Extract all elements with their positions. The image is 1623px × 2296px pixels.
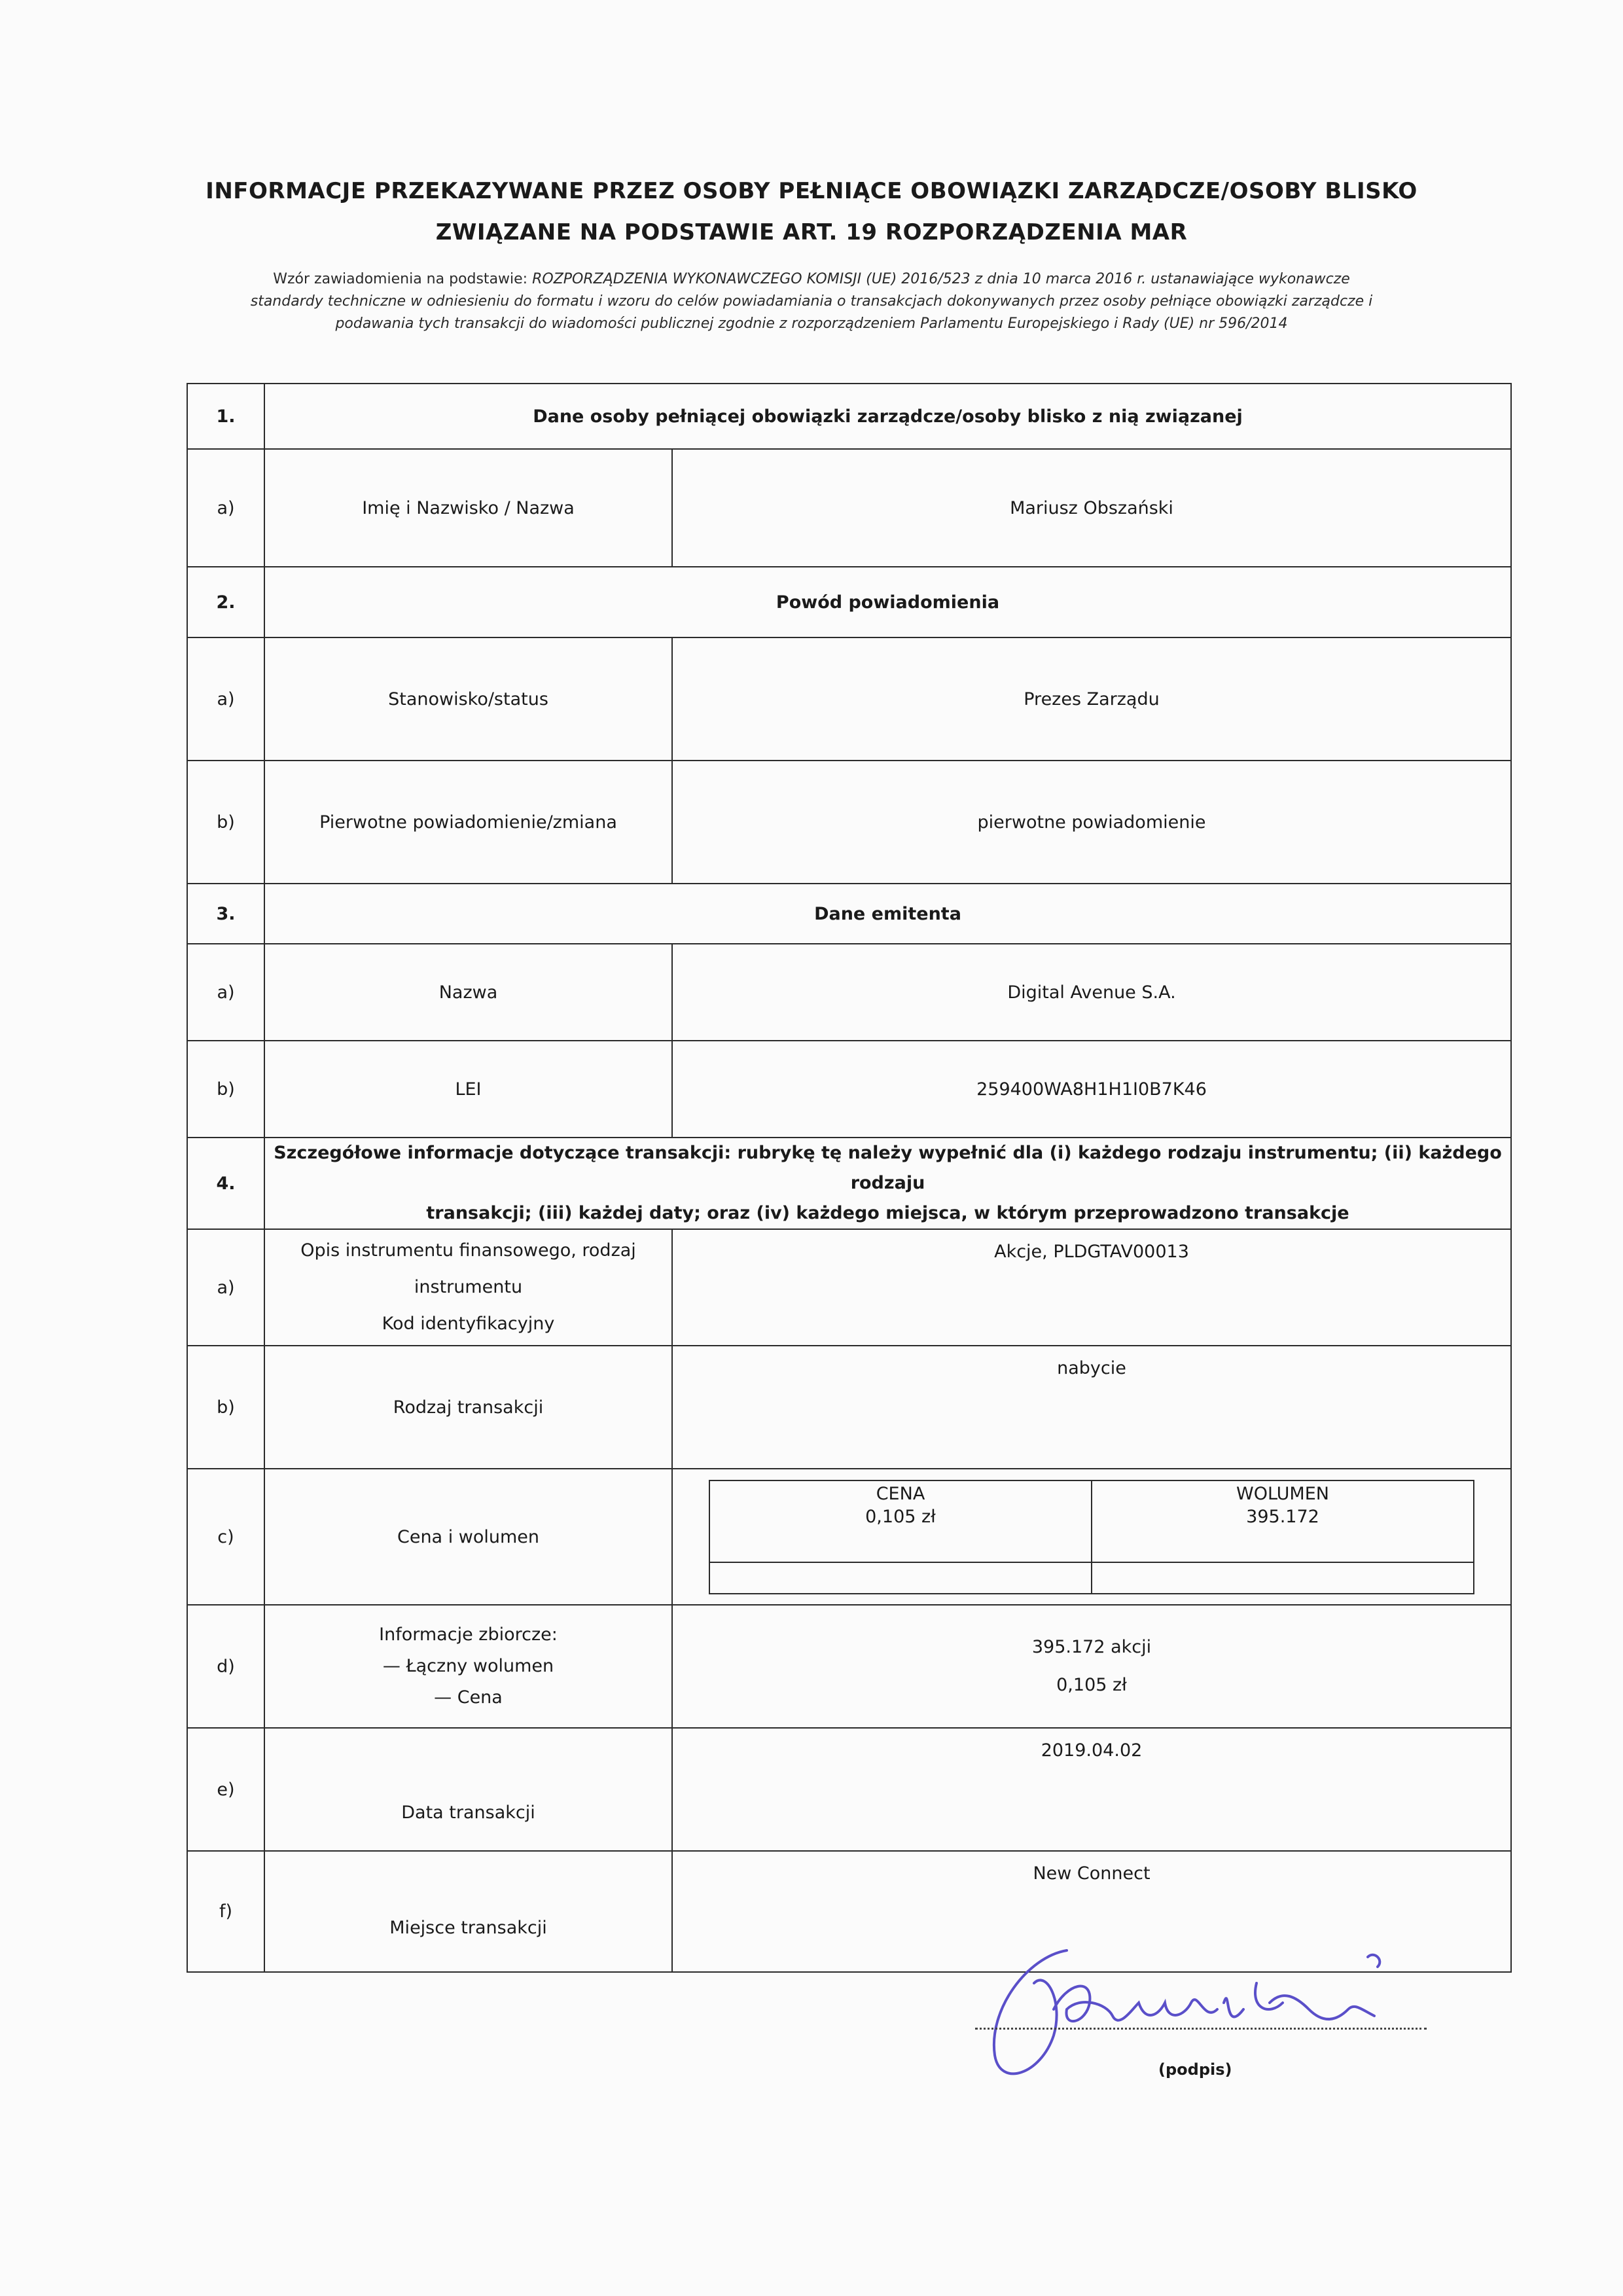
position-value: Prezes Zarządu	[672, 637, 1511, 761]
section-1-header-row: 1. Dane osoby pełniącej obowiązki zarząd…	[187, 384, 1511, 449]
row-key: b)	[187, 1346, 264, 1469]
row-date: e) Data transakcji 2019.04.02	[187, 1728, 1511, 1851]
signature-label: (podpis)	[1158, 2060, 1232, 2079]
row-key: a)	[187, 449, 264, 567]
row-label: Rodzaj transakcji	[264, 1346, 672, 1469]
row-issuer-name: a) Nazwa Digital Avenue S.A.	[187, 944, 1511, 1041]
notification-form-table: 1. Dane osoby pełniącej obowiązki zarząd…	[187, 383, 1512, 1973]
document-title-line2: ZWIĄZANE NA PODSTAWIE ART. 19 ROZPORZĄDZ…	[131, 219, 1492, 245]
issuer-name-value: Digital Avenue S.A.	[672, 944, 1511, 1041]
subtitle-line2: standardy techniczne w odniesieniu do fo…	[251, 293, 1373, 310]
row-position: a) Stanowisko/status Prezes Zarządu	[187, 637, 1511, 761]
row-notification-type: b) Pierwotne powiadomienie/zmiana pierwo…	[187, 761, 1511, 884]
aggregated-value: 395.172 akcji 0,105 zł	[672, 1605, 1511, 1728]
empty-price-cell	[709, 1562, 1092, 1594]
date-value: 2019.04.02	[672, 1728, 1511, 1851]
row-key: d)	[187, 1605, 264, 1728]
section-4-header-row: 4. Szczegółowe informacje dotyczące tran…	[187, 1138, 1511, 1229]
section-number: 3.	[187, 884, 264, 944]
row-label: Informacje zbiorcze: — Łączny wolumen — …	[264, 1605, 672, 1728]
row-instrument: a) Opis instrumentu finansowego, rodzaj …	[187, 1229, 1511, 1346]
row-key: a)	[187, 637, 264, 761]
section-2-header-row: 2. Powód powiadomienia	[187, 567, 1511, 637]
empty-volume-cell	[1092, 1562, 1474, 1594]
row-label: Pierwotne powiadomienie/zmiana	[264, 761, 672, 884]
section-title: Dane emitenta	[264, 884, 1511, 944]
subtitle-line1: ROZPORZĄDZENIA WYKONAWCZEGO KOMISJI (UE)…	[532, 271, 1350, 287]
section-title-line2: transakcji; (iii) każdej daty; oraz (iv)…	[426, 1203, 1349, 1223]
row-label: Cena i wolumen	[264, 1469, 672, 1605]
document-title-line1: INFORMACJE PRZEKAZYWANE PRZEZ OSOBY PEŁN…	[131, 178, 1492, 204]
row-lei: b) LEI 259400WA8H1H1I0B7K46	[187, 1041, 1511, 1138]
volume-value: 395.172	[1092, 1507, 1474, 1562]
price-volume-table: CENA WOLUMEN 0,105 zł 395.172	[709, 1480, 1474, 1594]
row-label: Miejsce transakcji	[264, 1851, 672, 1972]
section-number: 2.	[187, 567, 264, 637]
price-header: CENA	[709, 1480, 1092, 1507]
name-value: Mariusz Obszański	[672, 449, 1511, 567]
row-key: b)	[187, 1041, 264, 1138]
volume-header: WOLUMEN	[1092, 1480, 1474, 1507]
label-line1: Opis instrumentu finansowego, rodzaj	[300, 1240, 636, 1261]
aggregated-price: 0,105 zł	[1056, 1675, 1127, 1695]
subtitle-prefix: Wzór zawiadomienia na podstawie:	[273, 271, 532, 287]
signature-line	[975, 2028, 1427, 2030]
row-key: f)	[187, 1851, 264, 1972]
row-key: b)	[187, 761, 264, 884]
row-label: Data transakcji	[264, 1728, 672, 1851]
row-price-volume: c) Cena i wolumen CENA WOLUMEN 0,105 zł …	[187, 1469, 1511, 1605]
section-title: Dane osoby pełniącej obowiązki zarządcze…	[264, 384, 1511, 449]
row-aggregated: d) Informacje zbiorcze: — Łączny wolumen…	[187, 1605, 1511, 1728]
aggregated-volume: 395.172 akcji	[1032, 1637, 1151, 1657]
transaction-type-value: nabycie	[672, 1346, 1511, 1469]
row-key: c)	[187, 1469, 264, 1605]
notification-type-value: pierwotne powiadomienie	[672, 761, 1511, 884]
row-key: a)	[187, 1229, 264, 1346]
section-3-header-row: 3. Dane emitenta	[187, 884, 1511, 944]
row-key: e)	[187, 1728, 264, 1851]
row-label: Imię i Nazwisko / Nazwa	[264, 449, 672, 567]
section-title-line1: Szczegółowe informacje dotyczące transak…	[274, 1143, 1502, 1193]
label-line3: — Cena	[434, 1687, 503, 1708]
price-value: 0,105 zł	[709, 1507, 1092, 1562]
subtitle-line3: podawania tych transakcji do wiadomości …	[335, 315, 1287, 332]
row-label: LEI	[264, 1041, 672, 1138]
row-label: Opis instrumentu finansowego, rodzaj ins…	[264, 1229, 672, 1346]
label-line1: Informacje zbiorcze:	[379, 1624, 558, 1645]
row-key: a)	[187, 944, 264, 1041]
document-page: INFORMACJE PRZEKAZYWANE PRZEZ OSOBY PEŁN…	[0, 0, 1623, 2296]
section-title: Powód powiadomienia	[264, 567, 1511, 637]
section-number: 4.	[187, 1138, 264, 1229]
row-name: a) Imię i Nazwisko / Nazwa Mariusz Obsza…	[187, 449, 1511, 567]
row-label: Stanowisko/status	[264, 637, 672, 761]
price-volume-cell: CENA WOLUMEN 0,105 zł 395.172	[672, 1469, 1511, 1605]
document-subtitle: Wzór zawiadomienia na podstawie: ROZPORZ…	[196, 268, 1427, 335]
lei-value: 259400WA8H1H1I0B7K46	[672, 1041, 1511, 1138]
section-number: 1.	[187, 384, 264, 449]
label-line3: Kod identyfikacyjny	[382, 1314, 555, 1334]
section-title: Szczegółowe informacje dotyczące transak…	[264, 1138, 1511, 1229]
label-line2: instrumentu	[414, 1277, 522, 1297]
row-label: Nazwa	[264, 944, 672, 1041]
row-transaction-type: b) Rodzaj transakcji nabycie	[187, 1346, 1511, 1469]
label-line2: — Łączny wolumen	[383, 1656, 554, 1676]
instrument-value: Akcje, PLDGTAV00013	[672, 1229, 1511, 1346]
